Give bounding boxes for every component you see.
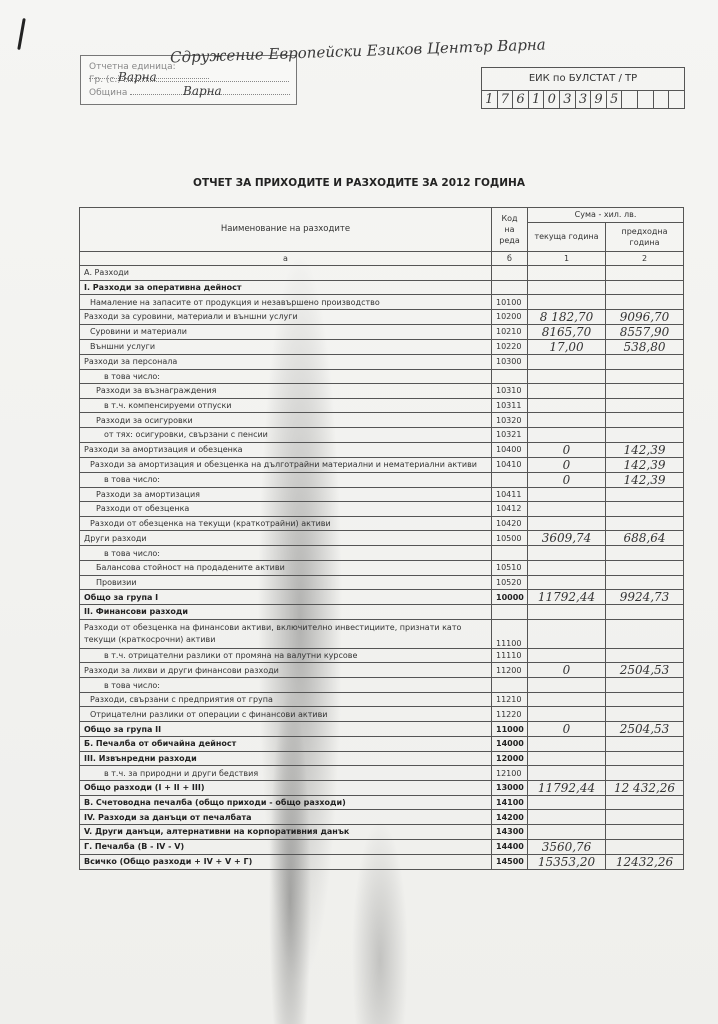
row-name: Г. Печалба (В - IV - V) (80, 839, 492, 854)
row-previous-year-value (606, 737, 684, 752)
row-code: 10220 (492, 339, 528, 354)
row-name: Намаление на запасите от продукция и нез… (80, 295, 492, 310)
table-row: II. Финансови разходи (80, 605, 684, 620)
handwritten-page-mark (17, 18, 26, 50)
row-current-year-value (528, 546, 606, 561)
row-code: 10310 (492, 384, 528, 399)
table-row: в това число:0142,39 (80, 472, 684, 487)
row-name: Суровини и материали (80, 324, 492, 339)
row-previous-year-value: 12432,26 (606, 854, 684, 869)
table-row: Разходи за амортизация и обезценка на дъ… (80, 457, 684, 472)
row-name: Провизии (80, 575, 492, 590)
row-previous-year-value: 12 432,26 (606, 780, 684, 795)
row-name: Разходи за лихви и други финансови разхо… (80, 663, 492, 678)
table-row: I. Разходи за оперативна дейност (80, 280, 684, 295)
column-header-current: текуща година (528, 222, 606, 251)
table-row: в това число: (80, 546, 684, 561)
row-previous-year-value (606, 266, 684, 281)
row-name: в това число: (80, 678, 492, 693)
row-code (492, 266, 528, 281)
row-name: Б. Печалба от обичайна дейност (80, 737, 492, 752)
row-name: в т.ч. компенсируеми отпуски (80, 398, 492, 413)
eik-digit-cell: 5 (607, 91, 623, 108)
table-row: Балансова стойност на продадените активи… (80, 560, 684, 575)
table-row: Г. Печалба (В - IV - V)144003560,76 (80, 839, 684, 854)
row-current-year-value (528, 648, 606, 663)
row-current-year-value: 17,00 (528, 339, 606, 354)
eik-digit-cell (669, 91, 684, 108)
eik-digit-cell: 9 (591, 91, 607, 108)
city-label: Гр. (с.) (89, 75, 121, 85)
row-previous-year-value: 688,64 (606, 531, 684, 546)
table-row: Разходи за суровини, материали и външни … (80, 309, 684, 324)
row-previous-year-value (606, 502, 684, 517)
row-current-year-value (528, 398, 606, 413)
column-header-previous: предходна година (606, 222, 684, 251)
row-current-year-value (528, 369, 606, 384)
row-name: Външни услуги (80, 339, 492, 354)
row-name: Разходи за персонала (80, 354, 492, 369)
row-name: Разходи за амортизация (80, 487, 492, 502)
row-name: Общо за група I (80, 590, 492, 605)
row-current-year-value (528, 619, 606, 648)
table-row: Разходи за амортизация и обезценка104000… (80, 442, 684, 457)
row-code (492, 472, 528, 487)
row-name: в това число: (80, 472, 492, 487)
row-code: 10420 (492, 516, 528, 531)
eik-digit-cell: 3 (576, 91, 592, 108)
row-previous-year-value (606, 575, 684, 590)
letter-a: а (80, 251, 492, 266)
row-code (492, 546, 528, 561)
row-name: Разходи за осигуровки (80, 413, 492, 428)
row-previous-year-value: 9096,70 (606, 309, 684, 324)
table-row: Разходи от обезценка на текущи (краткотр… (80, 516, 684, 531)
row-code: 13000 (492, 780, 528, 795)
table-row: V. Други данъци, алтернативни на корпора… (80, 825, 684, 840)
row-name: I. Разходи за оперативна дейност (80, 280, 492, 295)
column-header-sum: Сума - хил. лв. (528, 208, 684, 223)
row-name: II. Финансови разходи (80, 605, 492, 620)
row-code: 11200 (492, 663, 528, 678)
table-row: Разходи от обезценка10412 (80, 502, 684, 517)
eik-digit-cell (654, 91, 670, 108)
table-row: Всичко (Общо разходи + IV + V + Г)145001… (80, 854, 684, 869)
table-row: IV. Разходи за данъци от печалбата14200 (80, 810, 684, 825)
row-current-year-value (528, 751, 606, 766)
row-previous-year-value (606, 560, 684, 575)
row-current-year-value: 11792,44 (528, 590, 606, 605)
row-code: 11000 (492, 722, 528, 737)
row-previous-year-value (606, 516, 684, 531)
column-header-name: Наименование на разходите (80, 208, 492, 252)
row-current-year-value (528, 810, 606, 825)
row-current-year-value (528, 354, 606, 369)
row-current-year-value (528, 707, 606, 722)
row-code: 14500 (492, 854, 528, 869)
row-previous-year-value (606, 766, 684, 781)
row-name: в това число: (80, 546, 492, 561)
row-current-year-value: 3609,74 (528, 531, 606, 546)
row-code: 14200 (492, 810, 528, 825)
row-code: 10300 (492, 354, 528, 369)
row-previous-year-value (606, 384, 684, 399)
row-previous-year-value (606, 692, 684, 707)
row-name: А. Разходи (80, 266, 492, 281)
row-previous-year-value (606, 751, 684, 766)
row-previous-year-value: 142,39 (606, 457, 684, 472)
eik-digit-cell: 0 (544, 91, 560, 108)
row-current-year-value: 0 (528, 457, 606, 472)
eik-digit-cell (638, 91, 654, 108)
row-code: 11110 (492, 648, 528, 663)
eik-digit-cell: 7 (498, 91, 514, 108)
row-name: Разходи от обезценка на финансови активи… (80, 619, 492, 648)
row-previous-year-value (606, 546, 684, 561)
row-current-year-value (528, 737, 606, 752)
table-row: Отрицателни разлики от операции с финанс… (80, 707, 684, 722)
row-code: 10321 (492, 427, 528, 442)
row-previous-year-value: 2504,53 (606, 663, 684, 678)
row-name: в т.ч. за природни и други бедствия (80, 766, 492, 781)
row-code: 10200 (492, 309, 528, 324)
column-letters-row: а б 1 2 (80, 251, 684, 266)
row-code: 11210 (492, 692, 528, 707)
row-previous-year-value (606, 619, 684, 648)
row-name: Общо за група II (80, 722, 492, 737)
row-code: 11220 (492, 707, 528, 722)
table-row: Суровини и материали102108165,708557,90 (80, 324, 684, 339)
row-name: Разходи от обезценка на текущи (краткотр… (80, 516, 492, 531)
row-code: 10210 (492, 324, 528, 339)
row-name: в т.ч. отрицателни разлики от промяна на… (80, 648, 492, 663)
table-row: Разходи за персонала10300 (80, 354, 684, 369)
row-code: 10411 (492, 487, 528, 502)
row-current-year-value (528, 384, 606, 399)
city-value-handwritten: Варна (118, 70, 157, 84)
row-current-year-value: 3560,76 (528, 839, 606, 854)
table-row: Общо за група II1100002504,53 (80, 722, 684, 737)
row-code (492, 678, 528, 693)
row-previous-year-value: 538,80 (606, 339, 684, 354)
table-row: Разходи за амортизация10411 (80, 487, 684, 502)
row-current-year-value: 8 182,70 (528, 309, 606, 324)
row-code: 10100 (492, 295, 528, 310)
row-current-year-value (528, 560, 606, 575)
row-previous-year-value (606, 707, 684, 722)
row-code: 10400 (492, 442, 528, 457)
row-previous-year-value (606, 795, 684, 810)
row-name: Общо разходи (I + II + III) (80, 780, 492, 795)
row-name: Всичко (Общо разходи + IV + V + Г) (80, 854, 492, 869)
table-row: в това число: (80, 678, 684, 693)
row-code: 10520 (492, 575, 528, 590)
letter-1: 1 (528, 251, 606, 266)
row-current-year-value: 0 (528, 472, 606, 487)
row-current-year-value (528, 295, 606, 310)
eik-digit-cell: 3 (560, 91, 576, 108)
row-code: 11100 (492, 619, 528, 648)
row-previous-year-value (606, 280, 684, 295)
row-name: Други разходи (80, 531, 492, 546)
row-code: 14100 (492, 795, 528, 810)
unit-value-handwritten: Сдружение Европейски Езиков Център Варна (170, 35, 546, 66)
table-row: от тях: осигуровки, свързани с пенсии103… (80, 427, 684, 442)
row-code (492, 369, 528, 384)
row-current-year-value (528, 427, 606, 442)
eik-digit-cells: 176103395 (482, 91, 684, 108)
row-name: В. Счетоводна печалба (общо приходи - об… (80, 795, 492, 810)
row-previous-year-value (606, 398, 684, 413)
row-code: 12100 (492, 766, 528, 781)
row-name: Разходи за суровини, материали и външни … (80, 309, 492, 324)
row-previous-year-value: 142,39 (606, 472, 684, 487)
row-current-year-value: 0 (528, 722, 606, 737)
row-previous-year-value (606, 810, 684, 825)
municipality-label: Община (89, 88, 127, 98)
row-current-year-value (528, 575, 606, 590)
row-previous-year-value: 2504,53 (606, 722, 684, 737)
row-name: IV. Разходи за данъци от печалбата (80, 810, 492, 825)
row-code (492, 280, 528, 295)
table-row: Разходи за лихви и други финансови разхо… (80, 663, 684, 678)
table-row: в т.ч. компенсируеми отпуски10311 (80, 398, 684, 413)
table-row: Общо за група I1000011792,449924,73 (80, 590, 684, 605)
row-name: Отрицателни разлики от операции с финанс… (80, 707, 492, 722)
row-previous-year-value: 8557,90 (606, 324, 684, 339)
table-row: Разходи, свързани с предприятия от група… (80, 692, 684, 707)
row-previous-year-value (606, 605, 684, 620)
row-code: 10410 (492, 457, 528, 472)
row-current-year-value: 0 (528, 663, 606, 678)
row-name: Балансова стойност на продадените активи (80, 560, 492, 575)
row-previous-year-value (606, 648, 684, 663)
table-row: Б. Печалба от обичайна дейност14000 (80, 737, 684, 752)
letter-2: 2 (606, 251, 684, 266)
row-previous-year-value (606, 369, 684, 384)
row-current-year-value (528, 795, 606, 810)
row-current-year-value (528, 516, 606, 531)
row-name: III. Извънредни разходи (80, 751, 492, 766)
table-row: Разходи за възнаграждения10310 (80, 384, 684, 399)
row-code (492, 605, 528, 620)
row-current-year-value (528, 605, 606, 620)
row-name: от тях: осигуровки, свързани с пенсии (80, 427, 492, 442)
row-previous-year-value (606, 678, 684, 693)
table-row: в т.ч. отрицателни разлики от промяна на… (80, 648, 684, 663)
eik-digit-cell: 1 (529, 91, 545, 108)
row-code: 10000 (492, 590, 528, 605)
table-row: Провизии10520 (80, 575, 684, 590)
eik-box: ЕИК по БУЛСТАТ / ТР 176103395 (481, 67, 685, 109)
row-previous-year-value: 142,39 (606, 442, 684, 457)
report-title: ОТЧЕТ ЗА ПРИХОДИТЕ И РАЗХОДИТЕ ЗА 2012 Г… (0, 177, 718, 189)
table-row: Разходи за осигуровки10320 (80, 413, 684, 428)
expenses-table: Наименование на разходите Код на реда Су… (79, 207, 684, 870)
row-name: V. Други данъци, алтернативни на корпора… (80, 825, 492, 840)
row-previous-year-value: 9924,73 (606, 590, 684, 605)
row-name: Разходи за амортизация и обезценка (80, 442, 492, 457)
row-previous-year-value (606, 354, 684, 369)
row-code: 10510 (492, 560, 528, 575)
row-name: в това число: (80, 369, 492, 384)
column-header-code: Код на реда (492, 208, 528, 252)
table-row: Разходи от обезценка на финансови активи… (80, 619, 684, 648)
row-current-year-value (528, 413, 606, 428)
row-name: Разходи от обезценка (80, 502, 492, 517)
row-name: Разходи, свързани с предприятия от група (80, 692, 492, 707)
row-code: 10311 (492, 398, 528, 413)
row-code: 14000 (492, 737, 528, 752)
row-previous-year-value (606, 295, 684, 310)
row-code: 10412 (492, 502, 528, 517)
row-current-year-value (528, 502, 606, 517)
table-row: в т.ч. за природни и други бедствия12100 (80, 766, 684, 781)
row-current-year-value (528, 692, 606, 707)
table-row: Общо разходи (I + II + III)1300011792,44… (80, 780, 684, 795)
row-current-year-value: 8165,70 (528, 324, 606, 339)
row-previous-year-value (606, 839, 684, 854)
eik-title: ЕИК по БУЛСТАТ / ТР (482, 68, 684, 91)
row-previous-year-value (606, 427, 684, 442)
row-current-year-value: 11792,44 (528, 780, 606, 795)
row-current-year-value (528, 678, 606, 693)
row-current-year-value (528, 266, 606, 281)
row-current-year-value (528, 280, 606, 295)
row-code: 12000 (492, 751, 528, 766)
table-row: А. Разходи (80, 266, 684, 281)
row-current-year-value (528, 766, 606, 781)
row-previous-year-value (606, 413, 684, 428)
row-code: 14300 (492, 825, 528, 840)
row-code: 10500 (492, 531, 528, 546)
table-row: Външни услуги1022017,00538,80 (80, 339, 684, 354)
table-row: Намаление на запасите от продукция и нез… (80, 295, 684, 310)
scanned-page: Отчетна единица: Гр. (с.) Община Сдружен… (0, 0, 718, 1024)
eik-digit-cell (622, 91, 638, 108)
table-row: в това число: (80, 369, 684, 384)
eik-digit-cell: 1 (482, 91, 498, 108)
row-current-year-value (528, 487, 606, 502)
row-previous-year-value (606, 487, 684, 502)
letter-b: б (492, 251, 528, 266)
row-name: Разходи за амортизация и обезценка на дъ… (80, 457, 492, 472)
table-row: Други разходи105003609,74688,64 (80, 531, 684, 546)
row-code: 14400 (492, 839, 528, 854)
row-current-year-value: 0 (528, 442, 606, 457)
row-code: 10320 (492, 413, 528, 428)
row-previous-year-value (606, 825, 684, 840)
municipality-value-handwritten: Варна (183, 84, 222, 98)
table-row: В. Счетоводна печалба (общо приходи - об… (80, 795, 684, 810)
table-row: III. Извънредни разходи12000 (80, 751, 684, 766)
row-current-year-value (528, 825, 606, 840)
row-current-year-value: 15353,20 (528, 854, 606, 869)
eik-digit-cell: 6 (513, 91, 529, 108)
row-name: Разходи за възнаграждения (80, 384, 492, 399)
